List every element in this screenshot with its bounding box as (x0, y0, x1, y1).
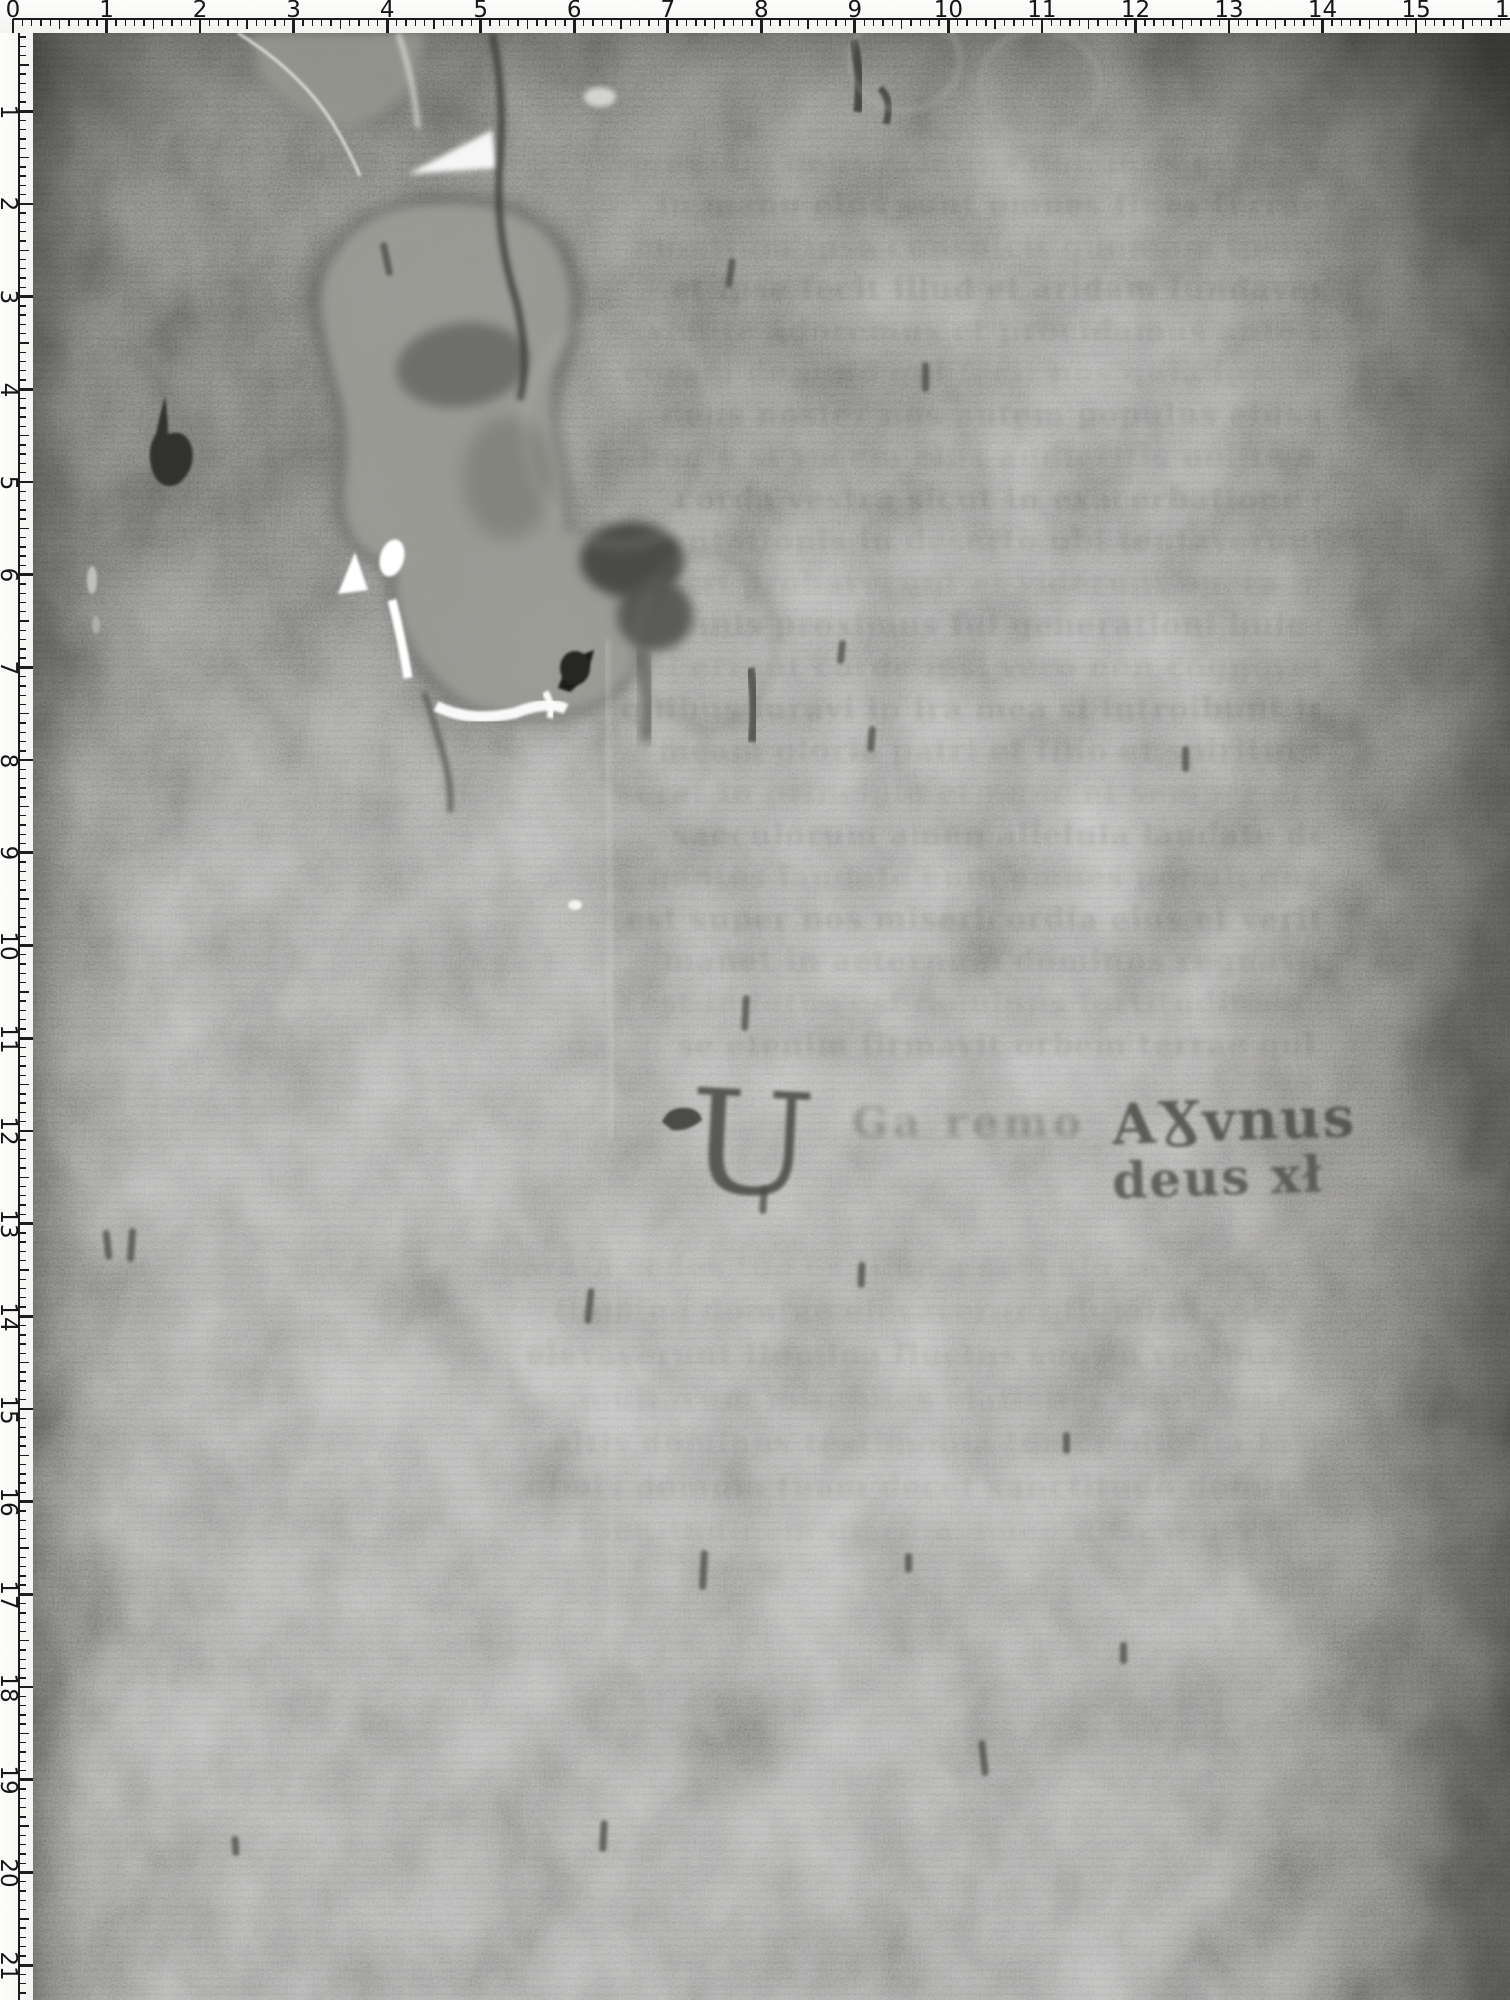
ruler-left-tick (19, 1918, 29, 1919)
ruler-left-tick (19, 157, 29, 158)
ruler-top-tick (508, 19, 509, 26)
ruler-top-tick (1341, 19, 1342, 26)
ruler-left-tick (19, 639, 26, 640)
ruler-top-number: 3 (286, 0, 301, 23)
ruler-left-tick (19, 824, 26, 825)
ruler-top-tick (1182, 19, 1183, 29)
ruler-left-tick (19, 1778, 33, 1781)
ruler-top-tick (312, 19, 313, 26)
ruler-left-tick (19, 1983, 26, 1984)
ruler-left-tick (19, 1844, 26, 1845)
ruler-left-tick (19, 268, 26, 269)
ruler-top-tick (630, 19, 631, 26)
ruler-top-tick (1153, 19, 1154, 26)
ruler-top-tick (1247, 19, 1248, 26)
ruler-left-tick (19, 240, 26, 241)
ruler-left-tick (19, 1547, 29, 1548)
ruler-left-tick (19, 880, 26, 881)
ruler-left-tick (19, 982, 26, 983)
ruler-top-tick (751, 19, 752, 26)
ruler-left-tick (19, 1445, 26, 1446)
ruler-left-tick (19, 231, 26, 232)
ruler-top-tick (209, 19, 210, 26)
ruler-left-tick (19, 611, 26, 612)
ruler-left-tick (19, 1279, 26, 1280)
ruler-top-tick (920, 19, 921, 26)
parchment-photo-base (33, 33, 1510, 2000)
ruler-left-tick (19, 398, 26, 399)
illuminated-initial: U (684, 1071, 818, 1220)
ruler-left-number: 20 (0, 1858, 21, 1887)
ruler-top-number: 7 (660, 0, 675, 23)
ruler-top-tick (321, 19, 322, 26)
ruler-left-tick (19, 1343, 26, 1344)
ruler-top-tick (714, 19, 715, 29)
ruler-top-tick (527, 19, 528, 29)
ruler-top-number: 14 (1308, 0, 1337, 23)
ink-mark (858, 1262, 866, 1288)
ruler-left-tick (19, 1557, 26, 1558)
ruler-top-tick (985, 19, 986, 26)
ruler-top-tick (807, 19, 808, 29)
ruler-left-tick (19, 1065, 26, 1066)
ruler-top-tick (368, 19, 369, 26)
ruler-left-tick (19, 843, 26, 844)
ink-mark (231, 1836, 239, 1856)
faint-words: Ga remo (852, 1098, 1086, 1147)
ruler-top-tick (256, 19, 257, 26)
ruler-left-tick (19, 435, 29, 436)
ruler-left-tick (19, 250, 29, 251)
ruler-top-tick (686, 19, 687, 26)
ruler-top-tick (1275, 19, 1276, 29)
ruler-left-tick (19, 991, 29, 992)
ruler-left-tick (19, 1714, 26, 1715)
ruler-left-number: 14 (0, 1302, 21, 1331)
ruler-left-tick (19, 1297, 26, 1298)
ruler-left-tick (19, 1464, 26, 1465)
ruler-left-tick (19, 1473, 26, 1474)
ruler-top-tick (864, 19, 865, 26)
ruler-top-tick (330, 19, 331, 26)
ruler-left-tick (19, 1436, 26, 1437)
ruler-top-number: 2 (193, 0, 208, 23)
ruler-left-tick (19, 1871, 33, 1874)
ruler-left-tick (19, 1640, 29, 1641)
ruler-left-tick (19, 1649, 26, 1650)
ruler-left-tick (19, 1019, 26, 1020)
ruler-top-tick (461, 19, 462, 26)
ruler-left-tick (19, 1037, 33, 1040)
ruler-left-number: 4 (0, 382, 21, 397)
ruler-left-tick (19, 1622, 26, 1623)
ruler-left-tick (19, 573, 33, 576)
ruler-top-tick (190, 19, 191, 26)
ruler-left-tick (19, 1825, 29, 1826)
ruler-top-tick (798, 19, 799, 26)
ruler-top-tick (1490, 19, 1491, 26)
ruler-top-tick (218, 19, 219, 26)
ruler-left-tick (19, 769, 26, 770)
ruler-top-tick (340, 19, 341, 29)
ruler-left-number: 2 (0, 197, 21, 212)
ruler-left-tick (19, 1056, 26, 1057)
ruler-top-tick (227, 19, 228, 26)
ruler-top-tick (723, 19, 724, 26)
ruler-top-tick (658, 19, 659, 26)
ruler-left-tick (19, 963, 26, 964)
ruler-left-tick (19, 861, 26, 862)
ruler-left-tick (19, 1751, 26, 1752)
ruler-left-number: 16 (0, 1488, 21, 1517)
ruler-left-number: 9 (0, 846, 21, 861)
ruler-top-tick (648, 19, 649, 26)
ruler-left-tick (19, 463, 26, 464)
ruler-top-tick (910, 19, 911, 26)
ruler-left-tick (19, 92, 26, 93)
ruler-left-tick (19, 1900, 26, 1901)
ruler-left-tick (19, 528, 29, 529)
ruler-left-tick (19, 908, 26, 909)
ruler-top-number: 10 (934, 0, 963, 23)
ruler-top-tick (1359, 19, 1360, 26)
ruler-left-tick (19, 1723, 26, 1724)
ruler-top-tick (564, 19, 565, 26)
ruler-left-tick (19, 704, 26, 705)
ruler-left-tick (19, 1631, 26, 1632)
ruler-left-tick (19, 110, 33, 113)
ruler-top-number: 9 (848, 0, 863, 23)
ruler-left-tick (19, 1686, 33, 1689)
ruler-top-tick (976, 19, 977, 26)
ruler-left-number: 18 (0, 1673, 21, 1702)
ruler-top-tick (1397, 19, 1398, 26)
ruler-top-tick (1172, 19, 1173, 26)
ruler-left-tick (19, 1835, 26, 1836)
ruler-top-number: 4 (380, 0, 395, 23)
ruler-top-tick (770, 19, 771, 26)
ruler-top-tick (134, 19, 135, 26)
ruler-left-tick (19, 787, 26, 788)
ruler-left-tick (19, 1380, 26, 1381)
ruler-left-tick (19, 324, 26, 325)
ruler-top-tick (358, 19, 359, 26)
ruler-top-tick (1069, 19, 1070, 26)
ruler-top-tick (1266, 19, 1267, 26)
ruler-top-tick (676, 19, 677, 26)
ruler-top-tick (78, 19, 79, 26)
ruler-left-tick (19, 1816, 26, 1817)
ruler-top-tick (377, 19, 378, 26)
ruler-top-tick (125, 19, 126, 26)
ruler-top-tick (994, 19, 995, 29)
ruler-left-tick (19, 1075, 26, 1076)
ruler-left-tick (19, 500, 26, 501)
ruler-left-tick (19, 648, 26, 649)
ruler-left-tick (19, 1853, 26, 1854)
ruler-left-tick (19, 806, 29, 807)
ruler-top-number: 12 (1121, 0, 1150, 23)
ruler-top-tick (602, 19, 603, 26)
ruler-left-tick (19, 583, 26, 584)
ruler-left-tick (19, 973, 26, 974)
ruler-top-tick (22, 19, 23, 26)
ruler-left-tick (19, 1334, 26, 1335)
ruler-top-tick (284, 19, 285, 26)
ruler-top-tick (489, 19, 490, 26)
ruler-left-tick (19, 759, 33, 762)
ruler-left-tick (19, 1260, 26, 1261)
ruler-left-tick (19, 509, 26, 510)
ruler-top-tick (68, 19, 69, 26)
ruler-left-tick (19, 1742, 26, 1743)
ruler-left-tick (19, 944, 33, 947)
ruler-left-tick (19, 166, 26, 167)
ruler-top-tick (171, 19, 172, 26)
ruler-left-tick (19, 194, 26, 195)
ruler-left-tick (19, 120, 26, 121)
ruler-left-tick (19, 388, 33, 391)
ruler-top-tick (1097, 19, 1098, 26)
ruler-top-tick (59, 19, 60, 29)
ruler-top-tick (1434, 19, 1435, 26)
ruler-top-tick (1294, 19, 1295, 26)
ruler-left-tick (19, 871, 26, 872)
ruler-left-tick (19, 1167, 26, 1168)
ruler-top-number: 0 (6, 0, 21, 23)
ruler-top-tick (1088, 19, 1089, 29)
ruler-left-tick (19, 1251, 26, 1252)
ruler-top-tick (1387, 19, 1388, 26)
ruler-top: 012345678910111213141516 (0, 0, 1510, 33)
ruler-left-tick (19, 64, 29, 65)
ruler-top-tick (143, 19, 144, 26)
ruler-left-tick (19, 1566, 26, 1567)
ruler-left-tick (19, 379, 26, 380)
ruler-left-tick (19, 203, 33, 206)
ruler-top-tick (901, 19, 902, 29)
ruler-top-tick (87, 19, 88, 26)
ruler-left-tick (19, 1927, 26, 1928)
ruler-top-tick (405, 19, 406, 26)
ruler-left-tick (19, 1890, 26, 1891)
ruler-left-tick (19, 129, 26, 130)
ruler-left-tick (19, 676, 26, 677)
ruler-left-tick (19, 1500, 33, 1503)
ruler-top-tick (704, 19, 705, 26)
ruler-top-tick (443, 19, 444, 26)
ruler-left-tick (19, 1362, 29, 1363)
ruler-top-tick (779, 19, 780, 26)
ruler-left-tick (19, 352, 26, 353)
ruler-left-tick (19, 472, 26, 473)
ruler-left-tick (19, 1084, 29, 1085)
ruler-left-tick (19, 1186, 26, 1187)
ruler-left-tick (19, 1093, 26, 1094)
ink-mark (1182, 746, 1189, 772)
ruler-left-tick (19, 750, 26, 751)
ruler-top-tick (1163, 19, 1164, 26)
ruler-left-tick (19, 1269, 29, 1270)
ruler-top-tick (40, 19, 41, 26)
ruler-top-tick (115, 19, 116, 26)
ruler-left-tick (19, 138, 26, 139)
ruler-left-tick (19, 695, 26, 696)
ruler-top-tick (789, 19, 790, 26)
ruler-left-tick (19, 36, 26, 37)
ruler-top-tick (695, 19, 696, 26)
ruler-left-tick (19, 277, 26, 278)
ruler-top-tick (1200, 19, 1201, 26)
ruler-left-tick (19, 851, 33, 854)
ruler-left-tick (19, 741, 26, 742)
ruler-left-tick (19, 1102, 26, 1103)
ruler-left: 123456789101112131415161718192021 (0, 33, 33, 2000)
ruler-left-tick (19, 1593, 33, 1596)
ruler-top-tick (1107, 19, 1108, 26)
ruler-top-tick (929, 19, 930, 26)
ruler-left-tick (19, 1149, 26, 1150)
ruler-left-number: 5 (0, 475, 21, 490)
ruler-top-tick (274, 19, 275, 26)
ruler-top-tick (1443, 19, 1444, 26)
ruler-left-tick (19, 426, 26, 427)
ruler-left-tick (19, 565, 26, 566)
ruler-top-tick (1378, 19, 1379, 26)
ruler-top-tick (517, 19, 518, 26)
ruler-left-tick (19, 722, 26, 723)
ink-mark (1063, 1432, 1070, 1454)
ruler-left-tick (19, 287, 26, 288)
ruler-left-number: 19 (0, 1766, 21, 1795)
ruler-top-tick (1481, 19, 1482, 26)
ruler-top-tick (1453, 19, 1454, 26)
ruler-top-tick (592, 19, 593, 26)
ruler-left-tick (19, 148, 26, 149)
ruler-left-tick (19, 73, 26, 74)
ruler-left-number: 3 (0, 290, 21, 305)
ruler-top-tick (1350, 19, 1351, 26)
ruler-left-tick (19, 453, 26, 454)
ruler-top-tick (1060, 19, 1061, 26)
ruler-left-tick (19, 796, 26, 797)
ruler-top-tick (882, 19, 883, 26)
ruler-top-tick (31, 19, 32, 26)
ruler-top-tick (1191, 19, 1192, 26)
ruler-top-number: 15 (1401, 0, 1430, 23)
ruler-top-tick (499, 19, 500, 26)
ruler-left-tick (19, 295, 33, 298)
ruler-left-tick (19, 685, 26, 686)
ruler-top-number: 8 (754, 0, 769, 23)
ruler-left-tick (19, 898, 29, 899)
ruler-left-number: 8 (0, 753, 21, 768)
ruler-top-tick (162, 19, 163, 26)
ruler-top-tick (471, 19, 472, 26)
ruler-left-tick (19, 1798, 26, 1799)
ruler-top-tick (536, 19, 537, 26)
ruler-top-number: 11 (1027, 0, 1056, 23)
ruler-top-tick (50, 19, 51, 26)
ruler-top-tick (611, 19, 612, 26)
ruler-left-tick (19, 481, 33, 484)
ruler-left-tick (19, 1946, 26, 1947)
ruler-left-tick (19, 1177, 29, 1178)
ruler-left-tick (19, 444, 26, 445)
ruler-left-tick (19, 1992, 26, 1993)
ruler-top-tick (892, 19, 893, 26)
ruler-left-tick (19, 555, 26, 556)
ruler-top-tick (1210, 19, 1211, 26)
ruler-left-tick (19, 1130, 33, 1133)
ink-mark (922, 362, 929, 392)
ruler-left-tick (19, 1408, 33, 1411)
ruler-top-tick (1303, 19, 1304, 26)
ruler-top-tick (639, 19, 640, 26)
ruler-left-tick (19, 1010, 26, 1011)
ruler-top-tick (835, 19, 836, 26)
ruler-left-tick (19, 1761, 26, 1762)
ruler-top-tick (452, 19, 453, 26)
ruler-left-tick (19, 602, 26, 603)
ruler-top-tick (1004, 19, 1005, 26)
ruler-left-tick (19, 222, 26, 223)
ruler-top-tick (153, 19, 154, 29)
ruler-top-tick (1256, 19, 1257, 26)
ruler-left-tick (19, 333, 26, 334)
ruler-left-tick (19, 101, 26, 102)
ruler-left-tick (19, 1371, 26, 1372)
ruler-left-tick (19, 1659, 26, 1660)
ink-mark (905, 1553, 912, 1573)
ruler-left-tick (19, 1538, 26, 1539)
ruler-top-tick (583, 19, 584, 26)
ruler-left-tick (19, 1909, 26, 1910)
ruler-left-number: 1 (0, 104, 21, 119)
ruler-top-number: 6 (567, 0, 582, 23)
ruler-left-tick (19, 546, 26, 547)
ruler-left-tick (19, 815, 26, 816)
ruler-top-tick (1284, 19, 1285, 26)
ruler-top-tick (826, 19, 827, 26)
ruler-top-tick (246, 19, 247, 29)
ruler-left-tick (19, 1195, 26, 1196)
ruler-top-number: 13 (1214, 0, 1243, 23)
ruler-left-tick (19, 630, 26, 631)
ruler-left-number: 11 (0, 1024, 21, 1053)
ruler-left-tick (19, 185, 26, 186)
ruler-left-tick (19, 491, 26, 492)
ruler-left-tick (19, 1315, 33, 1318)
ruler-left-tick (19, 1241, 26, 1242)
ruler-left-tick (19, 1288, 26, 1289)
ruler-left-tick (19, 1529, 26, 1530)
ruler-left-tick (19, 518, 26, 519)
ruler-left-number: 12 (0, 1117, 21, 1146)
ruler-left-tick (19, 1807, 26, 1808)
ruler-left-tick (19, 1158, 26, 1159)
ruler-left-number: 21 (0, 1951, 21, 1980)
ruler-left-tick (19, 1482, 26, 1483)
ruler-top-tick (424, 19, 425, 26)
ruler-top-tick (733, 19, 734, 26)
ruler-left-tick (19, 314, 26, 315)
ruler-left-tick (19, 1612, 26, 1613)
ruler-left-tick (19, 407, 26, 408)
manuscript-photograph-stage: quoniam deus magnus dominus et rex magnu… (0, 0, 1510, 2000)
ruler-top-tick (620, 19, 621, 29)
ruler-left-tick (19, 778, 26, 779)
